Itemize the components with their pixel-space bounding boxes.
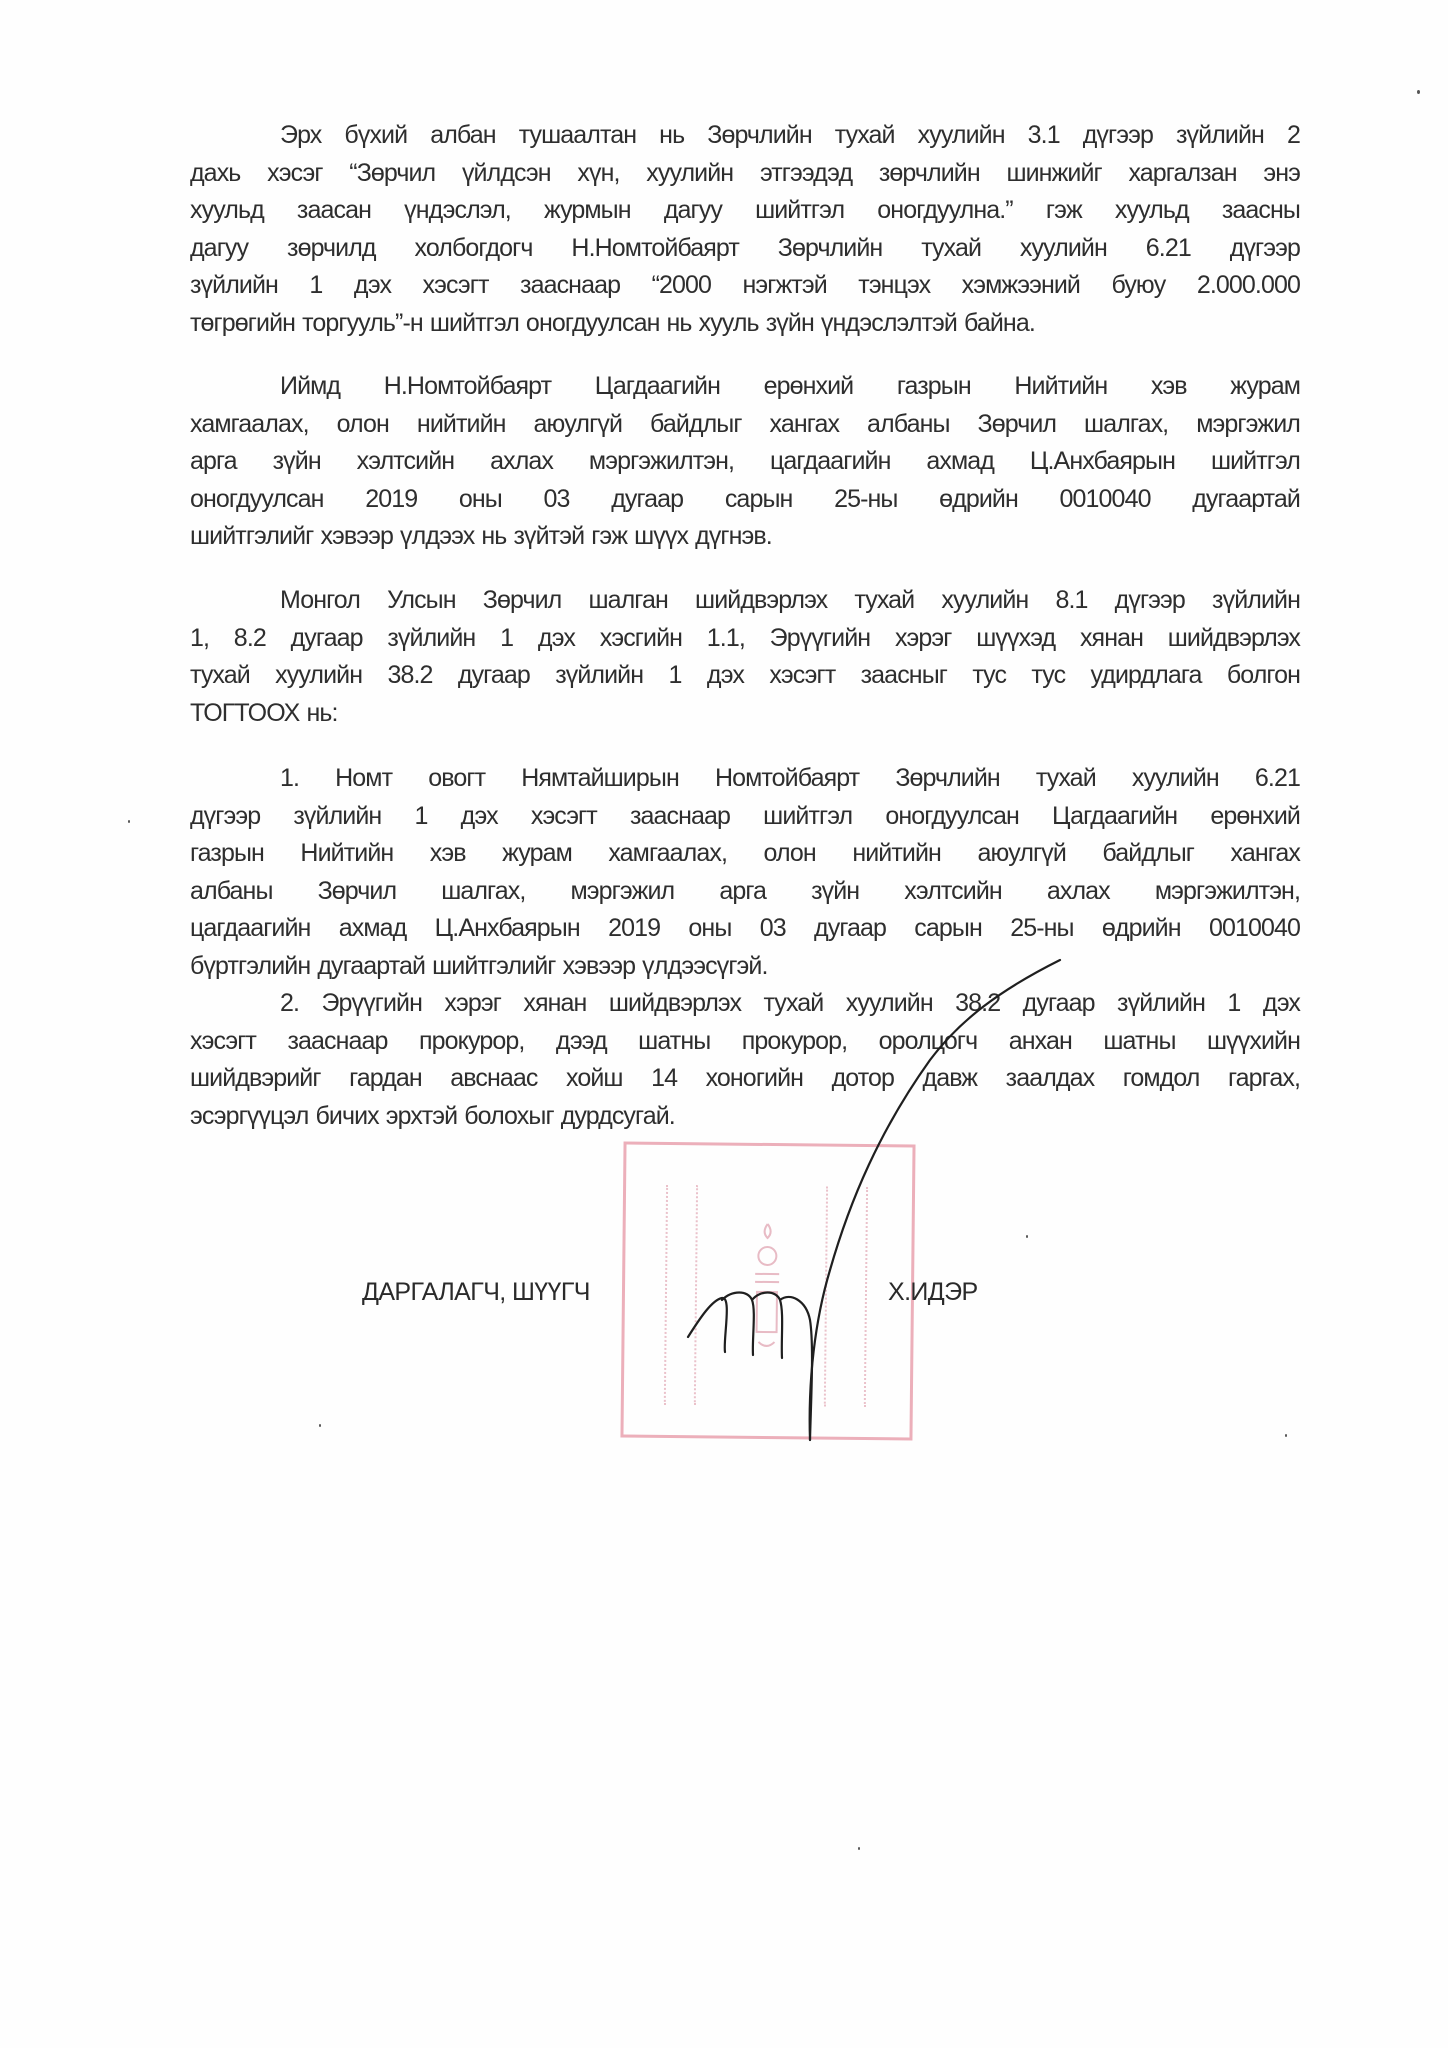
handwritten-signature-icon	[0, 0, 1448, 2048]
document-page: Эрх бүхий албан тушаалтан нь Зөрчлийн ту…	[0, 0, 1448, 2048]
